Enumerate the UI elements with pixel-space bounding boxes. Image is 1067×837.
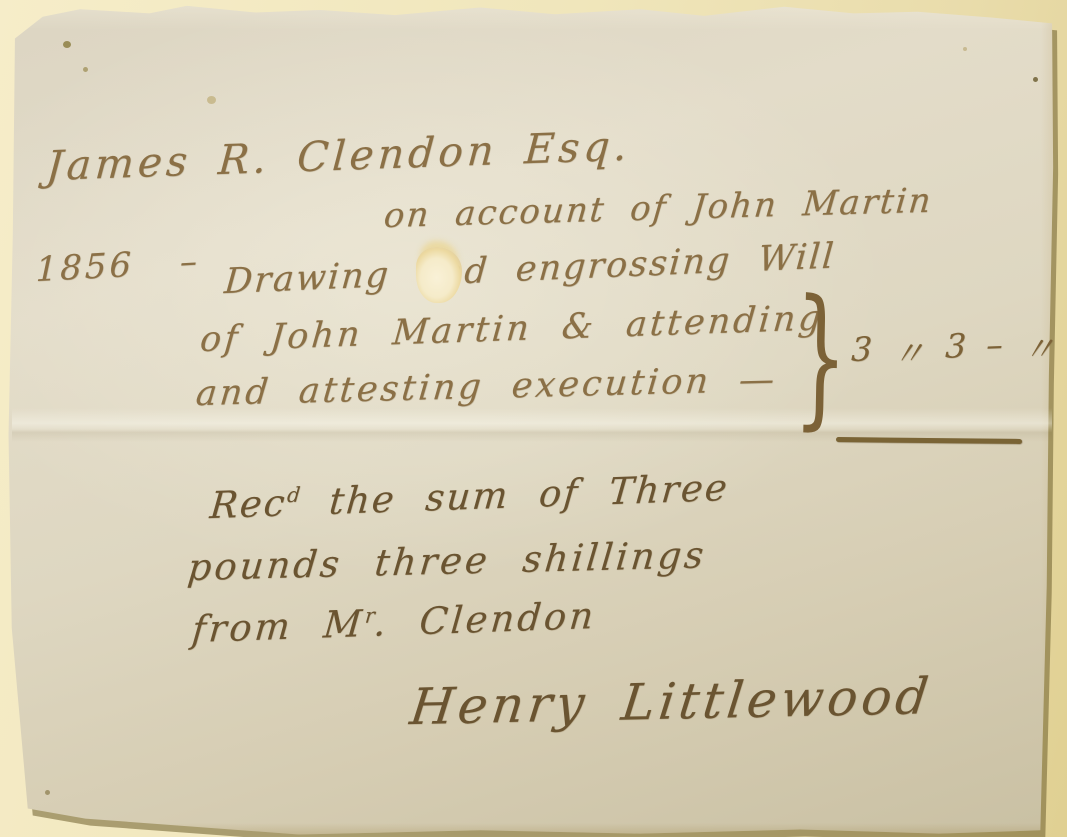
date-dash: – — [180, 241, 201, 282]
amount-ditto-mark: 〃 — [1022, 323, 1057, 371]
amount-value: 3 〃 3 – 〃 — [850, 323, 1056, 377]
amount-ditto-mark: 〃 — [891, 327, 926, 375]
amount-pounds: 3 — [850, 329, 873, 377]
date-year: 1856 — [35, 245, 134, 290]
stain-spot — [83, 67, 88, 72]
stain-spot — [963, 47, 967, 51]
amount-brace: } — [793, 266, 850, 446]
receipt-word-from-mr: from M — [190, 602, 366, 651]
stain-spot — [207, 96, 216, 104]
receipt-line-rest: . Clendon — [372, 594, 598, 645]
document-photo: James R. Clendon Esq. on account of John… — [0, 0, 1067, 837]
stain-spot — [63, 41, 71, 48]
stain-spot — [1033, 77, 1038, 82]
receipt-word-recd: Rec — [208, 481, 288, 527]
signature-line: Henry Littlewood — [407, 667, 935, 736]
amount-shillings: 3 — [944, 326, 967, 374]
amount-pence-dash: – — [985, 325, 1003, 373]
stain-spot — [45, 790, 50, 795]
